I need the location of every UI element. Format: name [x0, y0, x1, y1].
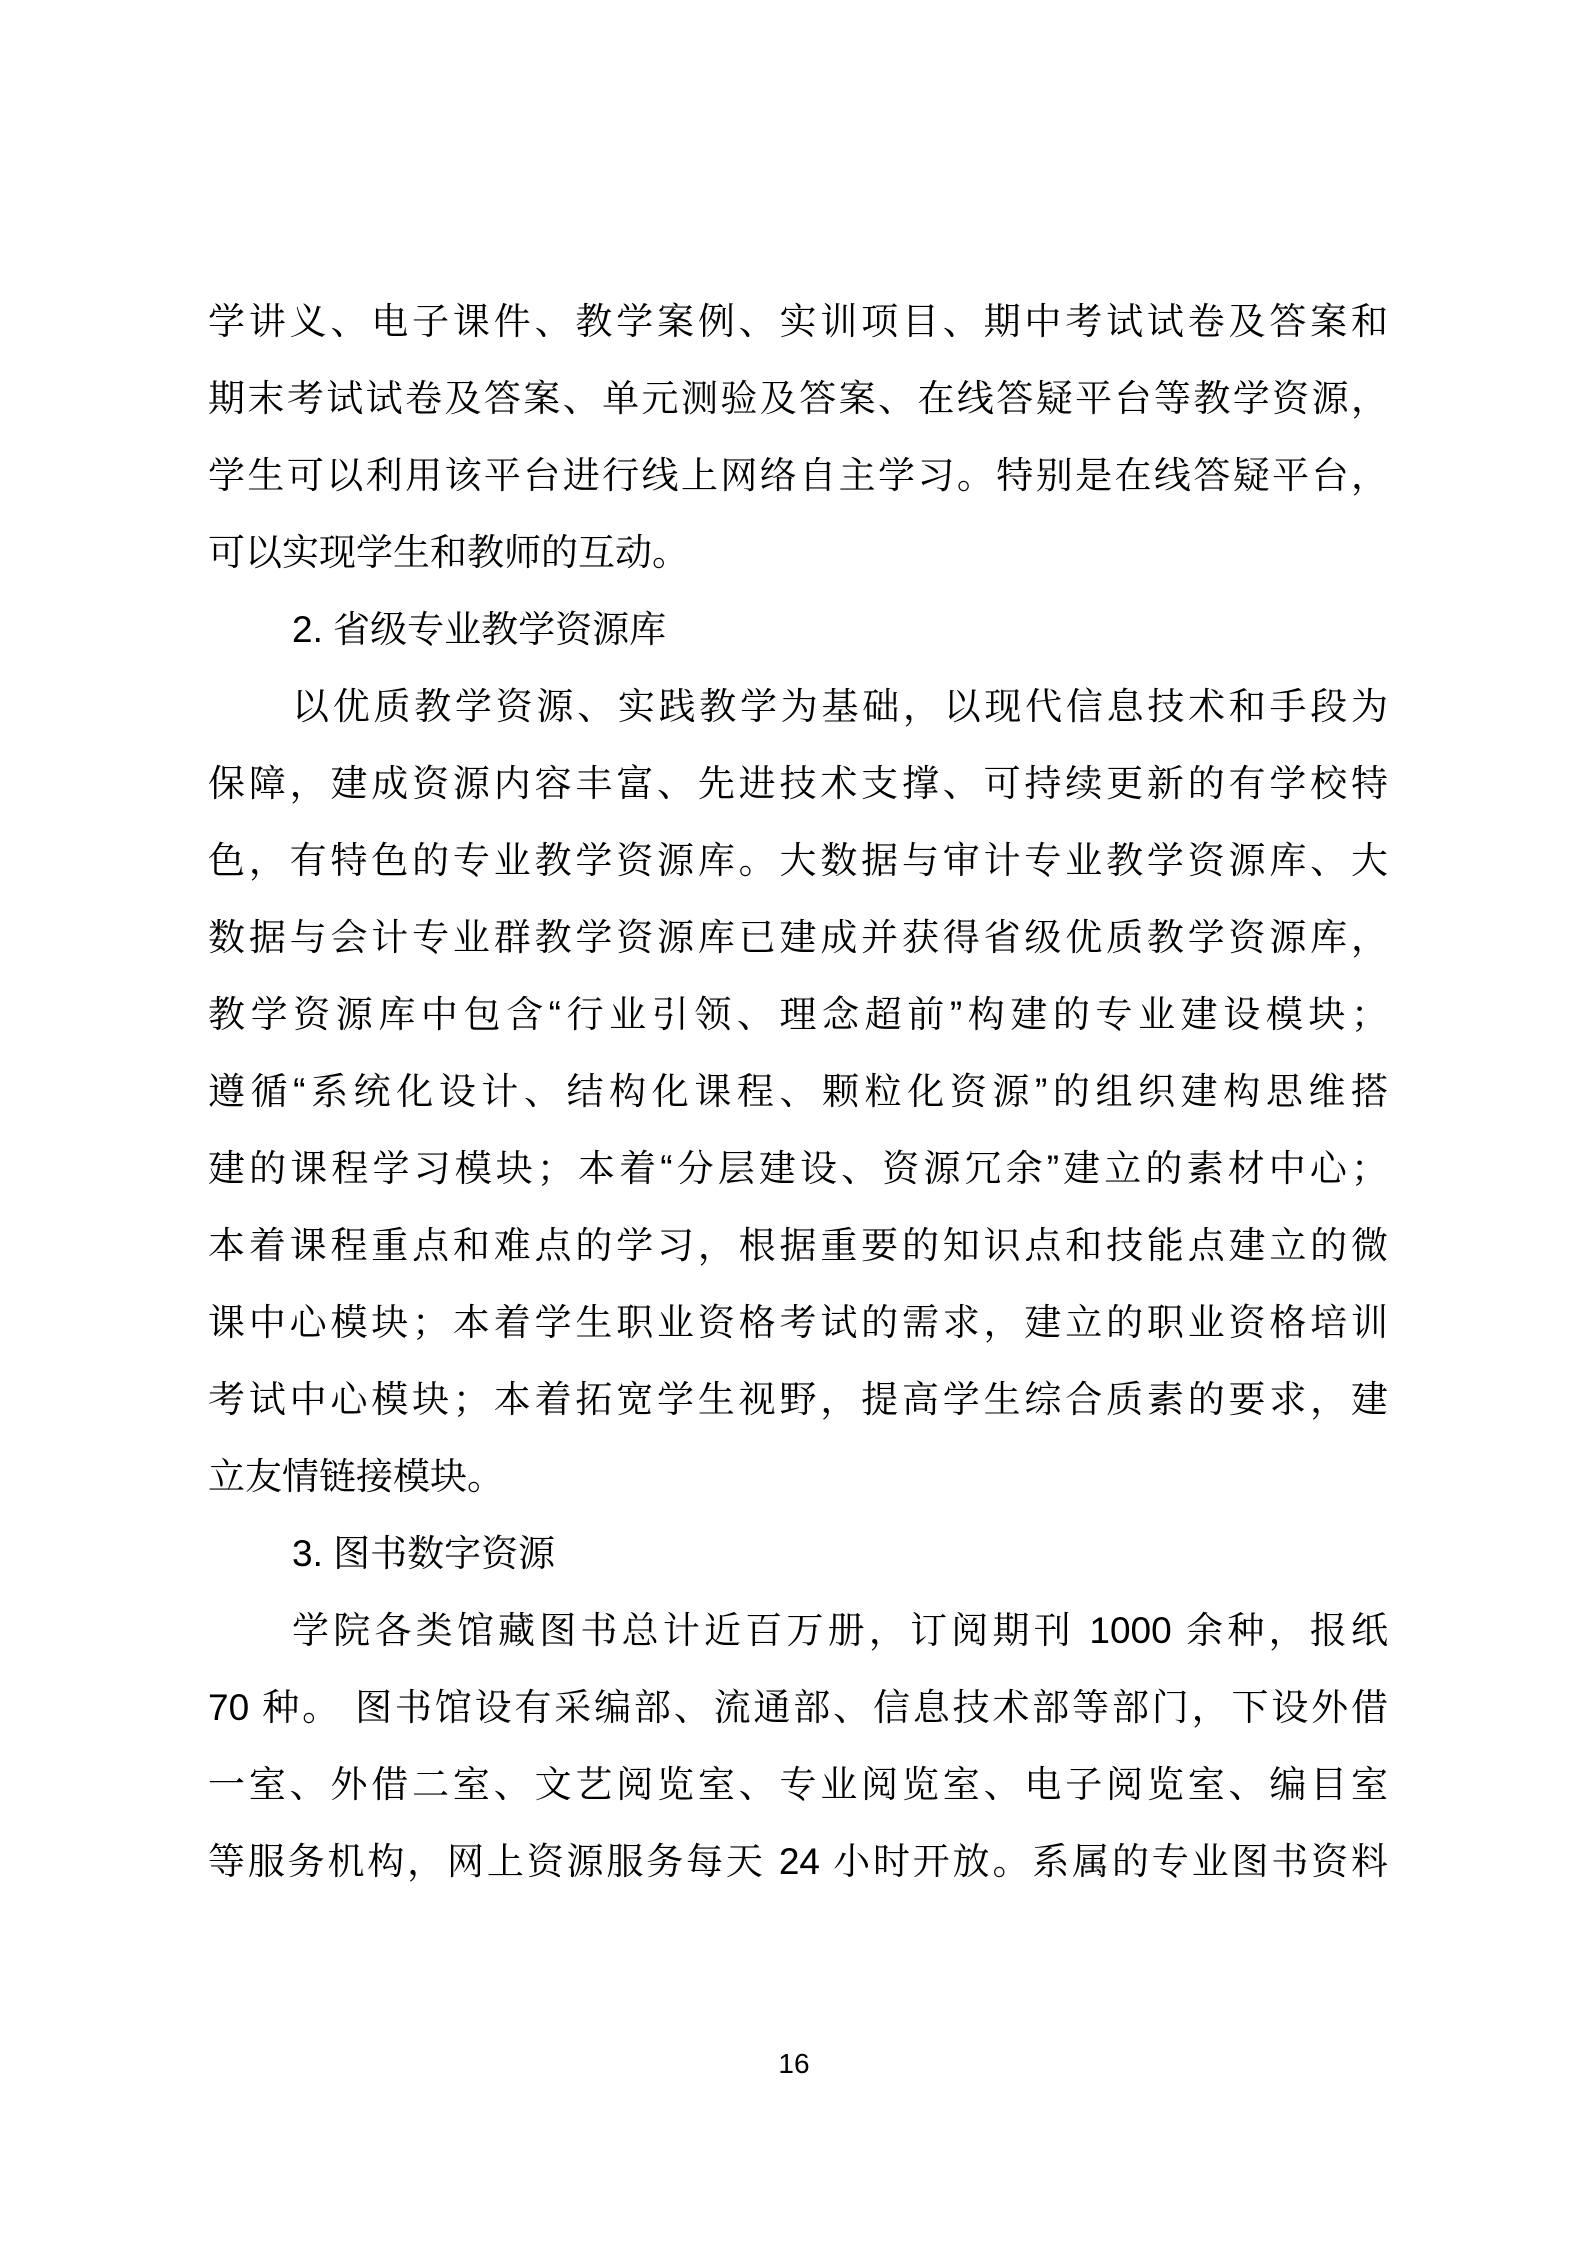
- text-line: 课中心模块；本着学生职业资格考试的需求，建立的职业资格培训: [208, 1284, 1388, 1361]
- text-line: 学生可以利用该平台进行线上网络自主学习。特别是在线答疑平台，: [208, 437, 1388, 514]
- document-text: 学讲义、电子课件、教学案例、实训项目、期中考试试卷及答案和期末考试试卷及答案、单…: [208, 283, 1388, 1900]
- text-line: 可以实现学生和教师的互动。: [208, 514, 1388, 591]
- page-footer: 16: [0, 2046, 1588, 2082]
- text-line: 以优质教学资源、实践教学为基础，以现代信息技术和手段为: [208, 668, 1388, 745]
- paragraph: 学讲义、电子课件、教学案例、实训项目、期中考试试卷及答案和期末考试试卷及答案、单…: [208, 283, 1388, 591]
- text-line: 遵循“系统化设计、结构化课程、颗粒化资源”的组织建构思维搭: [208, 1053, 1388, 1130]
- heading-line: 2. 省级专业教学资源库: [208, 591, 1388, 668]
- paragraph: 以优质教学资源、实践教学为基础，以现代信息技术和手段为保障，建成资源内容丰富、先…: [208, 668, 1388, 1515]
- document-page: 学讲义、电子课件、教学案例、实训项目、期中考试试卷及答案和期末考试试卷及答案、单…: [0, 0, 1588, 2245]
- paragraph: 学院各类馆藏图书总计近百万册，订阅期刊 1000 余种，报纸70 种。 图书馆设…: [208, 1592, 1388, 1900]
- text-line: 保障，建成资源内容丰富、先进技术支撑、可持续更新的有学校特: [208, 745, 1388, 822]
- text-line: 学院各类馆藏图书总计近百万册，订阅期刊 1000 余种，报纸: [208, 1592, 1388, 1669]
- text-line: 考试中心模块；本着拓宽学生视野，提高学生综合质素的要求，建: [208, 1361, 1388, 1438]
- text-line: 建的课程学习模块；本着“分层建设、资源冗余”建立的素材中心；: [208, 1130, 1388, 1207]
- section-heading: 2. 省级专业教学资源库: [208, 591, 1388, 668]
- text-line: 色，有特色的专业教学资源库。大数据与审计专业教学资源库、大: [208, 822, 1388, 899]
- text-line: 70 种。 图书馆设有采编部、流通部、信息技术部等部门，下设外借: [208, 1669, 1388, 1746]
- text-line: 立友情链接模块。: [208, 1438, 1388, 1515]
- text-line: 数据与会计专业群教学资源库已建成并获得省级优质教学资源库，: [208, 899, 1388, 976]
- text-line: 一室、外借二室、文艺阅览室、专业阅览室、电子阅览室、编目室: [208, 1746, 1388, 1823]
- text-line: 学讲义、电子课件、教学案例、实训项目、期中考试试卷及答案和: [208, 283, 1388, 360]
- heading-line: 3. 图书数字资源: [208, 1515, 1388, 1592]
- text-line: 教学资源库中包含“行业引领、理念超前”构建的专业建设模块；: [208, 976, 1388, 1053]
- page-number: 16: [778, 2048, 809, 2079]
- text-line: 本着课程重点和难点的学习，根据重要的知识点和技能点建立的微: [208, 1207, 1388, 1284]
- text-line: 等服务机构，网上资源服务每天 24 小时开放。系属的专业图书资料: [208, 1823, 1388, 1900]
- section-heading: 3. 图书数字资源: [208, 1515, 1388, 1592]
- text-line: 期末考试试卷及答案、单元测验及答案、在线答疑平台等教学资源，: [208, 360, 1388, 437]
